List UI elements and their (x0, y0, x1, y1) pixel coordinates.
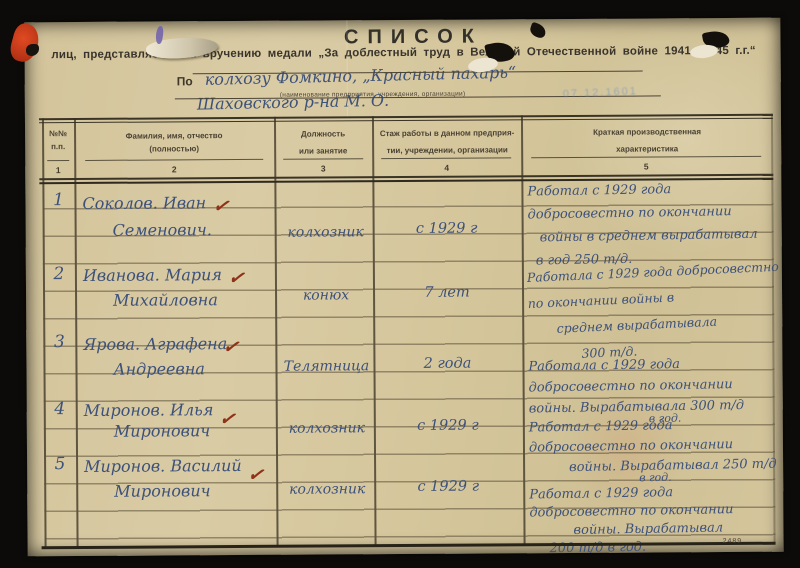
row-number: 1 (42, 190, 74, 210)
red-checkmark: ✓ (246, 463, 265, 487)
header-col-experience: Стаж работы в данном предприя- тии, учре… (375, 124, 519, 159)
red-checkmark: ✓ (227, 266, 246, 290)
position-value: колхозник (280, 420, 374, 437)
characteristic-block: Работал с 1929 года добросовестно по око… (529, 484, 775, 558)
form-print-number: 2489 (723, 538, 743, 545)
row-number: 2 (43, 264, 75, 284)
inset-line-1 (47, 160, 69, 161)
characteristic-block: Работал с 1929 года добросовестно по око… (529, 416, 775, 489)
position-value: конюх (279, 287, 373, 304)
header-col-name: Фамилия, имя, отчество (полностью) (80, 129, 268, 156)
org-district-handwritten: Шаховского р-на М. О. (197, 91, 390, 114)
person-name-line1: Соколов. Иван✓ (82, 191, 229, 214)
experience-value: с 1929 г (378, 478, 518, 495)
name-text: Соколов. Иван (82, 193, 206, 213)
document-paper: СПИСОК лиц, представляемых к вручению ме… (24, 18, 783, 557)
colnum-4: 4 (372, 162, 521, 173)
header-col3-line2: или занятие (276, 142, 370, 160)
person-name-line1: Иванова. Мария✓ (83, 263, 245, 286)
name-text: Ярова. Аграфена (83, 334, 227, 354)
person-name-line1: Миронов. Илья✓ (84, 398, 237, 421)
header-col4-line1: Стаж работы в данном предприя- (375, 124, 519, 142)
name-text: Иванова. Мария (83, 265, 222, 285)
header-col-characteristic: Краткая производственная характеристика (525, 123, 769, 158)
row-number: 3 (43, 332, 75, 352)
person-name-line2: Миронович (114, 421, 210, 441)
row-number: 4 (44, 399, 76, 419)
person-name-line2: Михайловна (113, 290, 218, 310)
person-name-line2: Миронович (114, 481, 210, 501)
header-col1-line1: №№ (42, 127, 74, 140)
experience-value: с 1929 г (378, 417, 518, 434)
header-col-number: №№ п.п. (42, 127, 74, 153)
position-value: Телятница (279, 358, 373, 375)
red-checkmark: ✓ (218, 407, 237, 431)
colnum-1: 1 (42, 165, 74, 175)
header-col1-line2: п.п. (42, 140, 74, 153)
name-text: Миронов. Василий (84, 456, 242, 476)
person-name-line2: Семенович. (113, 220, 212, 240)
header-col2-line2: (полностью) (80, 142, 268, 156)
person-name-line1: Ярова. Аграфена✓ (83, 332, 239, 355)
header-col3-line1: Должность (276, 125, 370, 143)
position-value: колхозник (279, 224, 373, 241)
person-name-line1: Миронов. Василий✓ (84, 454, 265, 477)
org-prefix-label: По (177, 74, 193, 88)
inset-line-3 (283, 158, 363, 159)
name-text: Миронов. Илья (84, 400, 214, 420)
inset-line-4 (381, 157, 511, 159)
row-number: 5 (44, 454, 76, 474)
inset-line-5 (531, 156, 761, 158)
person-name-line2: Андреевна (113, 359, 204, 379)
table-body: 1 Соколов. Иван✓ Семенович. колхозник с … (42, 178, 775, 547)
inset-line-2 (85, 159, 263, 161)
experience-value: 7 лет (377, 284, 517, 301)
red-checkmark: ✓ (211, 194, 230, 218)
colnum-2: 2 (74, 164, 274, 175)
red-checkmark: ✓ (221, 335, 240, 359)
experience-value: с 1929 г (377, 220, 517, 237)
characteristic-block: Работала с 1929 года добросовестно по ок… (526, 255, 775, 367)
position-value: колхозник (280, 481, 374, 498)
colnum-3: 3 (274, 163, 372, 174)
scanned-document-photo: СПИСОК лиц, представляемых к вручению ме… (0, 0, 800, 568)
colnum-5: 5 (521, 161, 771, 173)
header-col5-line1: Краткая производственная (525, 123, 769, 141)
header-col-position: Должность или занятие (276, 125, 370, 160)
faint-date-stamp: 07.12.1601 (563, 85, 638, 100)
header-col2-line1: Фамилия, имя, отчество (80, 129, 268, 143)
experience-value: 2 года (377, 355, 517, 372)
